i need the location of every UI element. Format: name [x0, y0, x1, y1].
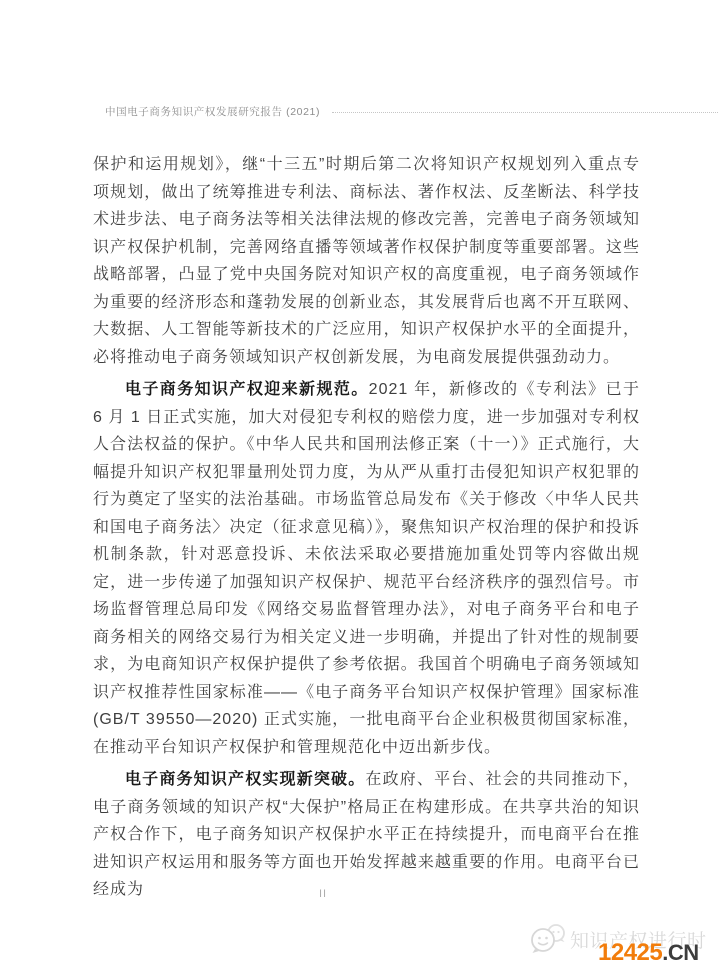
page-number: II	[308, 888, 338, 900]
paragraph: 保护和运用规划》，继“十三五”时期后第二次将知识产权规划列入重点专项规划，做出了…	[93, 151, 640, 371]
header-dotted-rule	[332, 112, 718, 113]
paragraph-text: 在政府、平台、社会的共同推动下，电子商务领域的知识产权“大保护”格局正在构建形成…	[93, 771, 640, 898]
watermark: 知识产权进行时 12425.CN	[526, 916, 712, 968]
report-title: 中国电子商务知识产权发展研究报告 (2021)	[105, 104, 320, 119]
paragraph-text: 2021 年，新修改的《专利法》已于 6 月 1 日正式实施，加大对侵犯专利权的…	[93, 381, 640, 756]
paragraph: 电子商务知识产权实现新突破。在政府、平台、社会的共同推动下，电子商务领域的知识产…	[93, 766, 640, 904]
document-page: 中国电子商务知识产权发展研究报告 (2021) 保护和运用规划》，继“十三五”时…	[0, 0, 720, 977]
page-header: 中国电子商务知识产权发展研究报告 (2021)	[105, 104, 718, 119]
paragraph-lead: 电子商务知识产权实现新突破。	[125, 771, 365, 788]
watermark-site-suffix: .CN	[662, 940, 698, 965]
paragraph-text: 保护和运用规划》，继“十三五”时期后第二次将知识产权规划列入重点专项规划，做出了…	[93, 156, 640, 366]
paragraph: 电子商务知识产权迎来新规范。2021 年，新修改的《专利法》已于 6 月 1 日…	[93, 376, 640, 761]
chat-bubbles-icon	[529, 922, 569, 958]
body-text: 保护和运用规划》，继“十三五”时期后第二次将知识产权规划列入重点专项规划，做出了…	[93, 151, 640, 909]
paragraph-lead: 电子商务知识产权迎来新规范。	[125, 381, 369, 398]
watermark-site: 12425.CN	[598, 939, 699, 967]
watermark-site-number: 12425	[598, 939, 662, 966]
